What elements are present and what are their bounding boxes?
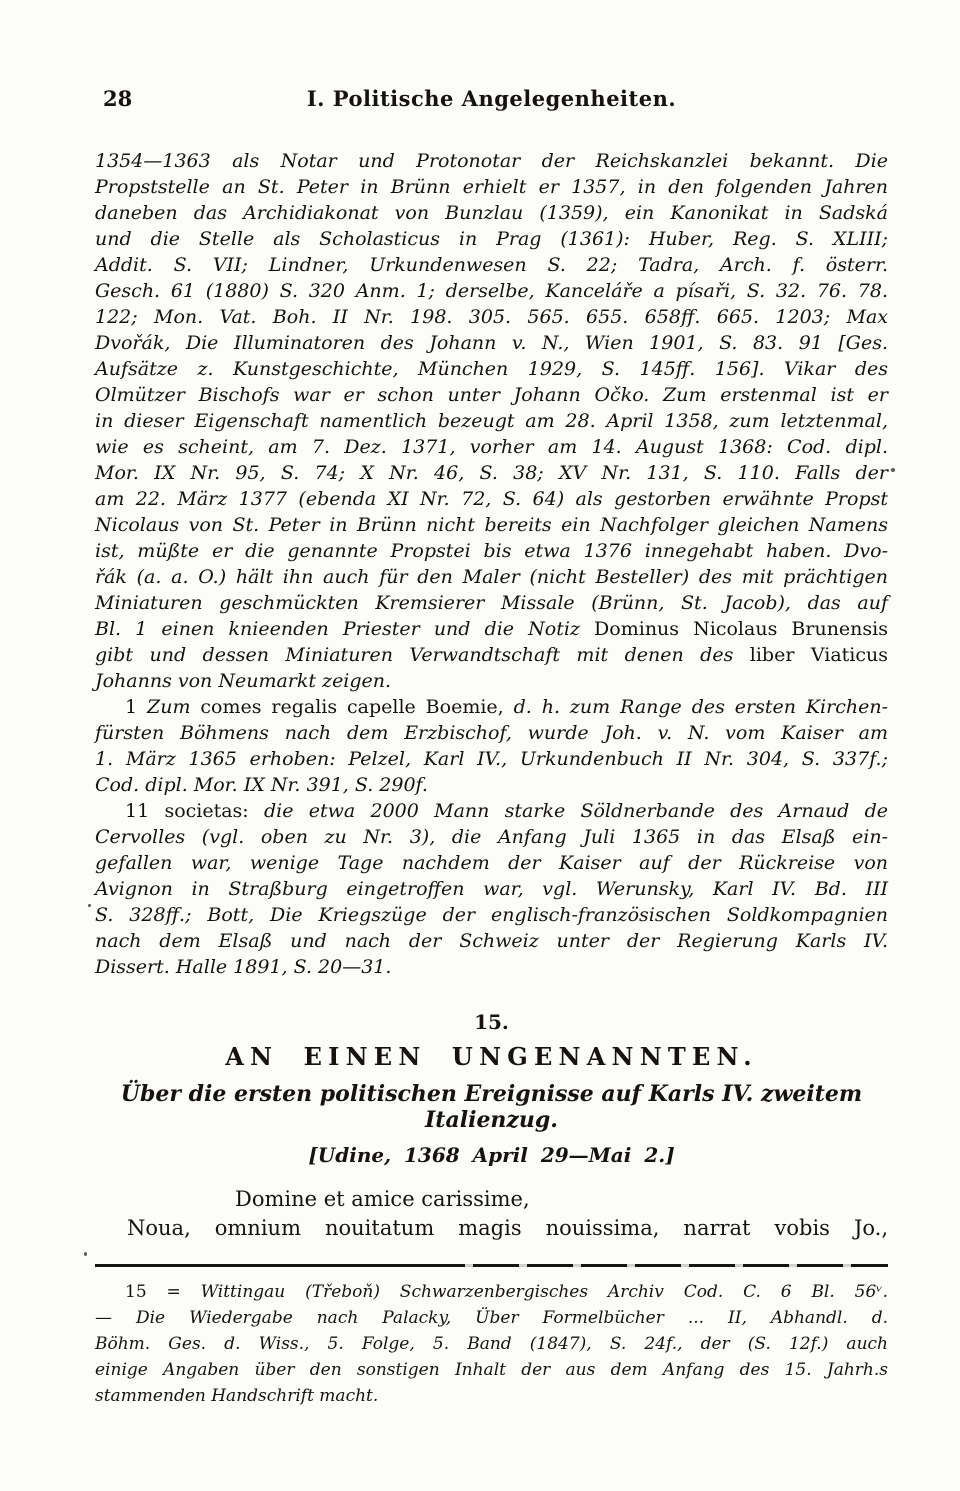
running-head: 28 I. Politische Angelegenheiten. xyxy=(95,86,888,114)
italic-text-segment: Dvořák, Die Illuminatoren des Johann v. … xyxy=(95,332,888,354)
italic-text-segment: 1354—1363 als Notar und Protonotar der R… xyxy=(95,150,888,172)
text-line: — Die Wiedergabe nach Palacky, Über Form… xyxy=(95,1305,888,1331)
roman-text-segment: comes regalis capelle Boemie, xyxy=(200,696,513,718)
italic-text-segment: Olmützer Bischofs war er schon unter Joh… xyxy=(95,384,888,406)
text-line: Johanns von Neumarkt zeigen. xyxy=(95,668,888,694)
letter-number: 15. xyxy=(95,1010,888,1034)
text-line: Bl. 1 einen knieenden Priester und die N… xyxy=(95,616,888,642)
italic-text-segment: S. 328ff.; Bott, Die Kriegszüge der engl… xyxy=(95,904,888,926)
text-line: stammenden Handschrift macht. xyxy=(95,1383,888,1409)
running-header-title: I. Politische Angelegenheiten. xyxy=(95,86,888,111)
italic-text-segment: řák (a. a. O.) hält ihn auch für den Mal… xyxy=(95,566,888,588)
text-column: 28 I. Politische Angelegenheiten. 1354—1… xyxy=(95,0,888,1409)
letter-title: AN EINEN UNGENANNTEN. xyxy=(95,1042,888,1071)
text-line: Aufsätze z. Kunstgeschichte, München 192… xyxy=(95,356,888,382)
text-line: und die Stelle als Scholasticus in Prag … xyxy=(95,226,888,252)
italic-text-segment: Miniaturen geschmückten Kremsierer Missa… xyxy=(95,592,888,614)
italic-text-segment: Addit. S. VII; Lindner, Urkundenwesen S.… xyxy=(95,254,888,276)
text-line: Olmützer Bischofs war er schon unter Joh… xyxy=(95,382,888,408)
text-line: 122; Mon. Vat. Boh. II Nr. 198. 305. 565… xyxy=(95,304,888,330)
text-line: fürsten Böhmens nach dem Erzbischof, wur… xyxy=(95,720,888,746)
text-line: Cervolles (vgl. oben zu Nr. 3), die Anfa… xyxy=(95,824,888,850)
italic-text-segment: Propststelle an St. Peter in Brünn erhie… xyxy=(95,176,888,198)
page-number: 28 xyxy=(103,86,132,111)
italic-text-segment: wie es scheint, am 7. Dez. 1371, vorher … xyxy=(95,436,888,458)
text-line: Miniaturen geschmückten Kremsierer Missa… xyxy=(95,590,888,616)
text-line: am 22. März 1377 (ebenda XI Nr. 72, S. 6… xyxy=(95,486,888,512)
letter-dateline: [Udine, 1368 April 29—Mai 2.] xyxy=(95,1143,888,1167)
italic-text-segment: Cervolles (vgl. oben zu Nr. 3), die Anfa… xyxy=(95,826,888,848)
italic-text-segment: gefallen war, wenige Tage nachdem der Ka… xyxy=(95,852,888,874)
apparatus-footnote-block: 15 = Wittingau (Třeboň) Schwarzenbergisc… xyxy=(95,1279,888,1409)
text-line: gefallen war, wenige Tage nachdem der Ka… xyxy=(95,850,888,876)
italic-text-segment: daneben das Archidiakonat von Bunzlau (1… xyxy=(95,202,888,224)
italic-text-segment: Nicolaus von St. Peter in Brünn nicht be… xyxy=(95,514,888,536)
text-line: 1. März 1365 erhoben: Pelzel, Karl IV., … xyxy=(95,746,888,772)
text-line: Mor. IX Nr. 95, S. 74; X Nr. 46, S. 38; … xyxy=(95,460,888,486)
text-line: 1354—1363 als Notar und Protonotar der R… xyxy=(95,148,888,174)
italic-text-segment: 122; Mon. Vat. Boh. II Nr. 198. 305. 565… xyxy=(95,306,888,328)
roman-text-segment: 1 xyxy=(125,696,147,718)
letter-salutation: Domine et amice carissime, xyxy=(235,1187,888,1211)
text-line: Dissert. Halle 1891, S. 20—31. xyxy=(95,954,888,980)
italic-text-segment: 1. März 1365 erhoben: Pelzel, Karl IV., … xyxy=(95,748,888,770)
note-11: 11 societas: die etwa 2000 Mann starke S… xyxy=(95,798,888,980)
letter-subtitle: Über die ersten politischen Ereignisse a… xyxy=(95,1081,888,1133)
italic-text-segment: die etwa 2000 Mann starke Söldnerbande d… xyxy=(264,800,888,822)
scan-speck xyxy=(891,468,895,472)
roman-text-segment: liber Viaticus xyxy=(750,644,888,666)
italic-text-segment: fürsten Böhmens nach dem Erzbischof, wur… xyxy=(95,722,888,744)
text-line: Dvořák, Die Illuminatoren des Johann v. … xyxy=(95,330,888,356)
italic-text-segment: Böhm. Ges. d. Wiss., 5. Folge, 5. Band (… xyxy=(95,1334,888,1354)
editorial-note: 1354—1363 als Notar und Protonotar der R… xyxy=(95,148,888,694)
italic-text-segment: Avignon in Straßburg eingetroffen war, v… xyxy=(95,878,888,900)
text-line: Avignon in Straßburg eingetroffen war, v… xyxy=(95,876,888,902)
main-text-blocks: 1354—1363 als Notar und Protonotar der R… xyxy=(95,148,888,980)
italic-text-segment: Bl. 1 einen knieenden Priester und die N… xyxy=(95,618,594,640)
apparatus-note-15: 15 = Wittingau (Třeboň) Schwarzenbergisc… xyxy=(95,1279,888,1409)
footnote-separator-rule xyxy=(95,1264,888,1267)
text-line: gibt und dessen Miniaturen Verwandtschaf… xyxy=(95,642,888,668)
scan-speck xyxy=(88,904,91,907)
italic-text-segment: und die Stelle als Scholasticus in Prag … xyxy=(95,228,888,250)
text-line: Böhm. Ges. d. Wiss., 5. Folge, 5. Band (… xyxy=(95,1331,888,1357)
roman-text-segment: 15 = xyxy=(125,1282,201,1302)
text-line: S. 328ff.; Bott, Die Kriegszüge der engl… xyxy=(95,902,888,928)
italic-text-segment: — Die Wiedergabe nach Palacky, Über Form… xyxy=(95,1308,888,1328)
italic-text-segment: einige Angaben über den sonstigen Inhalt… xyxy=(95,1360,888,1380)
scan-speck xyxy=(84,1252,87,1256)
italic-text-segment: am 22. März 1377 (ebenda XI Nr. 72, S. 6… xyxy=(95,488,888,510)
italic-text-segment: in dieser Eigenschaft namentlich bezeugt… xyxy=(95,410,888,432)
text-line: řák (a. a. O.) hält ihn auch für den Mal… xyxy=(95,564,888,590)
text-line: nach dem Elsaß und nach der Schweiz unte… xyxy=(95,928,888,954)
italic-text-segment: gibt und dessen Miniaturen Verwandtschaf… xyxy=(95,644,750,666)
italic-text-segment: Zum xyxy=(147,696,200,718)
text-line: daneben das Archidiakonat von Bunzlau (1… xyxy=(95,200,888,226)
text-line: ist, müßte er die genannte Propstei bis … xyxy=(95,538,888,564)
book-page-scan: 28 I. Politische Angelegenheiten. 1354—1… xyxy=(0,0,960,1491)
text-line: Nicolaus von St. Peter in Brünn nicht be… xyxy=(95,512,888,538)
italic-text-segment: nach dem Elsaß und nach der Schweiz unte… xyxy=(95,930,888,952)
italic-text-segment: Wittingau (Třeboň) Schwarzenbergisches A… xyxy=(201,1282,888,1302)
roman-text-segment: Dominus Nicolaus Brunensis xyxy=(594,618,888,640)
italic-text-segment: Dissert. Halle 1891, S. 20—31. xyxy=(95,956,391,978)
text-line: Addit. S. VII; Lindner, Urkundenwesen S.… xyxy=(95,252,888,278)
text-line: einige Angaben über den sonstigen Inhalt… xyxy=(95,1357,888,1383)
italic-text-segment: Gesch. 61 (1880) S. 320 Anm. 1; derselbe… xyxy=(95,280,888,302)
roman-text-segment: 11 societas: xyxy=(125,800,264,822)
italic-text-segment: Cod. dipl. Mor. IX Nr. 391, S. 290f. xyxy=(95,774,428,796)
letter-opening-line: Noua, omnium nouitatum magis nouissima, … xyxy=(95,1216,888,1240)
text-line: 15 = Wittingau (Třeboň) Schwarzenbergisc… xyxy=(95,1279,888,1305)
text-line: wie es scheint, am 7. Dez. 1371, vorher … xyxy=(95,434,888,460)
italic-text-segment: stammenden Handschrift macht. xyxy=(95,1386,378,1406)
note-1: 1 Zum comes regalis capelle Boemie, d. h… xyxy=(95,694,888,798)
text-line: 11 societas: die etwa 2000 Mann starke S… xyxy=(95,798,888,824)
italic-text-segment: Mor. IX Nr. 95, S. 74; X Nr. 46, S. 38; … xyxy=(95,462,888,484)
letter-heading: 15. AN EINEN UNGENANNTEN. Über die erste… xyxy=(95,1010,888,1167)
italic-text-segment: d. h. zum Range des ersten Kirchen- xyxy=(514,696,888,718)
text-line: 1 Zum comes regalis capelle Boemie, d. h… xyxy=(95,694,888,720)
italic-text-segment: ist, müßte er die genannte Propstei bis … xyxy=(95,540,888,562)
text-line: Cod. dipl. Mor. IX Nr. 391, S. 290f. xyxy=(95,772,888,798)
text-line: Gesch. 61 (1880) S. 320 Anm. 1; derselbe… xyxy=(95,278,888,304)
italic-text-segment: Johanns von Neumarkt zeigen. xyxy=(95,670,391,692)
text-line: in dieser Eigenschaft namentlich bezeugt… xyxy=(95,408,888,434)
italic-text-segment: Aufsätze z. Kunstgeschichte, München 192… xyxy=(95,358,888,380)
text-line: Propststelle an St. Peter in Brünn erhie… xyxy=(95,174,888,200)
